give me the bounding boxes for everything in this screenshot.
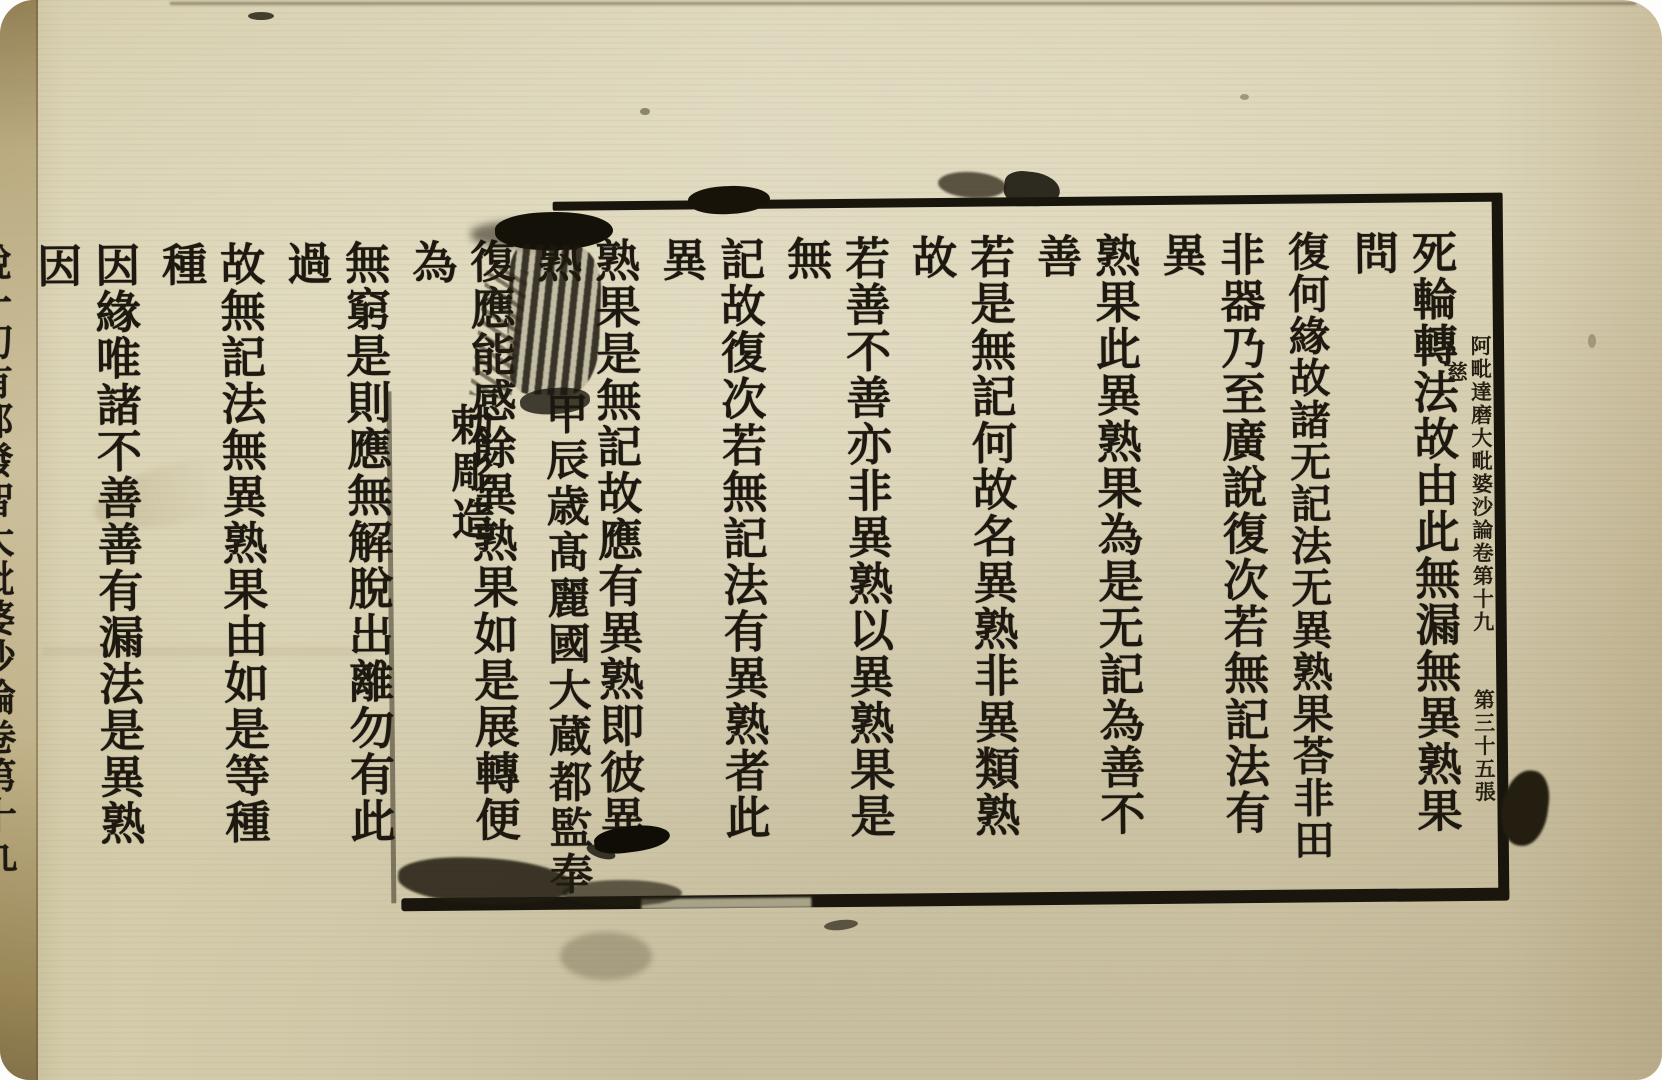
- text-column-3: 非器乃至廣說復次若無記法有異: [1151, 231, 1273, 882]
- ink-smudge-above-frame-left: [937, 170, 1007, 201]
- colophon-line-1: 甲辰歳髙麗國大蔵都監奉: [536, 391, 595, 905]
- margin-fascicle-title: 阿毗達磨大毗婆沙論卷第十九: [1468, 335, 1496, 634]
- sheet-number: 第三十五張: [1471, 689, 1497, 804]
- ink-speck-right-edge: [1588, 334, 1596, 348]
- text-column-6: 若善不善亦非異熟以異熟果是無: [776, 235, 898, 886]
- collation-mark: 慈: [1444, 361, 1469, 384]
- text-column-11: 故無記法無異熟果由如是等種種: [151, 241, 273, 892]
- ink-speck-upper: [640, 108, 650, 115]
- text-column-12: 因緣唯諸不善善有漏法是異熟因: [26, 242, 148, 893]
- text-column-10: 無窮是則應無解脫出離勿有此過: [276, 239, 398, 890]
- bottom-border-smudge-mid: [562, 880, 682, 906]
- text-column-4: 熟果此異熟果為是无記為善不善: [1026, 232, 1148, 883]
- text-column-5: 若是無記何故名異熟非異類熟故: [901, 233, 1023, 884]
- ink-speck-upper-right: [1240, 94, 1249, 100]
- ink-speck-bottom: [824, 918, 859, 931]
- paper: 死輪轉法故由此無漏無異熟果問 復何緣故諸无記法无異熟果荅非田 非器乃至廣說復次若…: [0, 0, 1662, 1080]
- faint-stain-below-frame: [560, 932, 652, 980]
- text-column-7: 記故復次若無記法有異熟者此異: [651, 236, 773, 887]
- colophon-line-2: 勅彫造: [443, 402, 497, 572]
- text-column-2: 復何緣故諸无記法无異熟果荅非田: [1276, 230, 1340, 881]
- end-title-column: 說一切有部發智大毗婆沙論卷第十九: [0, 243, 23, 894]
- margin-note: 阿毗達磨大毗婆沙論卷第十九 第三十五張 慈: [1444, 335, 1497, 855]
- main-text-columns: 死輪轉法故由此無漏無異熟果問 復何緣故諸无記法无異熟果荅非田 非器乃至廣說復次若…: [0, 229, 1465, 893]
- paper-top-edge-shadow: [170, 2, 1636, 5]
- ink-speck-top: [248, 12, 274, 20]
- scanned-sutra-page: 死輪轉法故由此無漏無異熟果問 復何緣故諸无記法无異熟果荅非田 非器乃至廣說復次若…: [0, 0, 1662, 1080]
